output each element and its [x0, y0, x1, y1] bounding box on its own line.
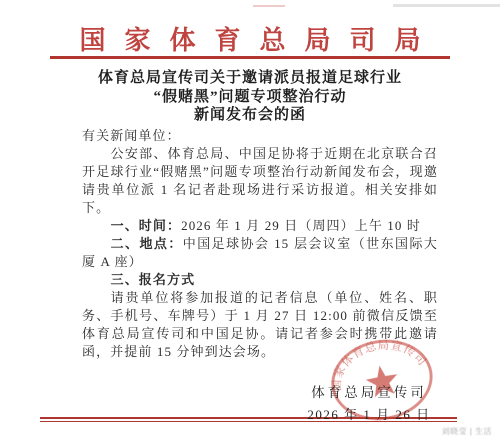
signature-org: 体育总局宣传司 [298, 381, 440, 401]
document-title-line2: “假赌黑”问题专项整治行动 [0, 88, 500, 107]
salutation: 有关新闻单位： [82, 127, 438, 145]
item-location: 二、地点：中国足球协会 15 层会议室（世东国际大厦 A 座） [82, 235, 438, 271]
document-title-line1: 体育总局宣传司关于邀请派员报道足球行业 [0, 69, 500, 88]
document-title: 体育总局宣传司关于邀请派员报道足球行业 “假赌黑”问题专项整治行动 新闻发布会的… [0, 69, 500, 125]
item-location-label: 二、地点： [111, 236, 183, 251]
item-registration-label: 三、报名方式 [111, 272, 196, 287]
signature-date: 2026 年 1 月 26 日 [298, 404, 440, 423]
item-time-text: 2026 年 1 月 29 日（周四）上午 10 时 [181, 218, 421, 233]
document-page: { "colors": { "masthead_red": "#bf4440",… [0, 0, 500, 440]
item-time: 一、时间：2026 年 1 月 29 日（周四）上午 10 时 [82, 217, 438, 235]
item-registration: 三、报名方式 [82, 271, 438, 289]
item-time-label: 一、时间： [111, 218, 182, 233]
paragraph-intro: 公安部、体育总局、中国足协将于近期在北京联合召开足球行业“假赌黑”问题专项整治行… [82, 145, 438, 217]
watermark-label: 刘晓莹 | 生活 [441, 426, 492, 437]
masthead-divider [50, 56, 450, 59]
document-title-line3: 新闻发布会的函 [0, 106, 500, 125]
signature-block: 体育总局宣传司 2026 年 1 月 26 日 [298, 381, 440, 423]
masthead-title: 国家体育总局司局 [0, 20, 500, 57]
scan-artifact-line [253, 5, 285, 7]
letter-body: 有关新闻单位： 公安部、体育总局、中国足协将于近期在北京联合召开足球行业“假赌黑… [82, 127, 438, 361]
scan-artifact-line [393, 4, 500, 7]
